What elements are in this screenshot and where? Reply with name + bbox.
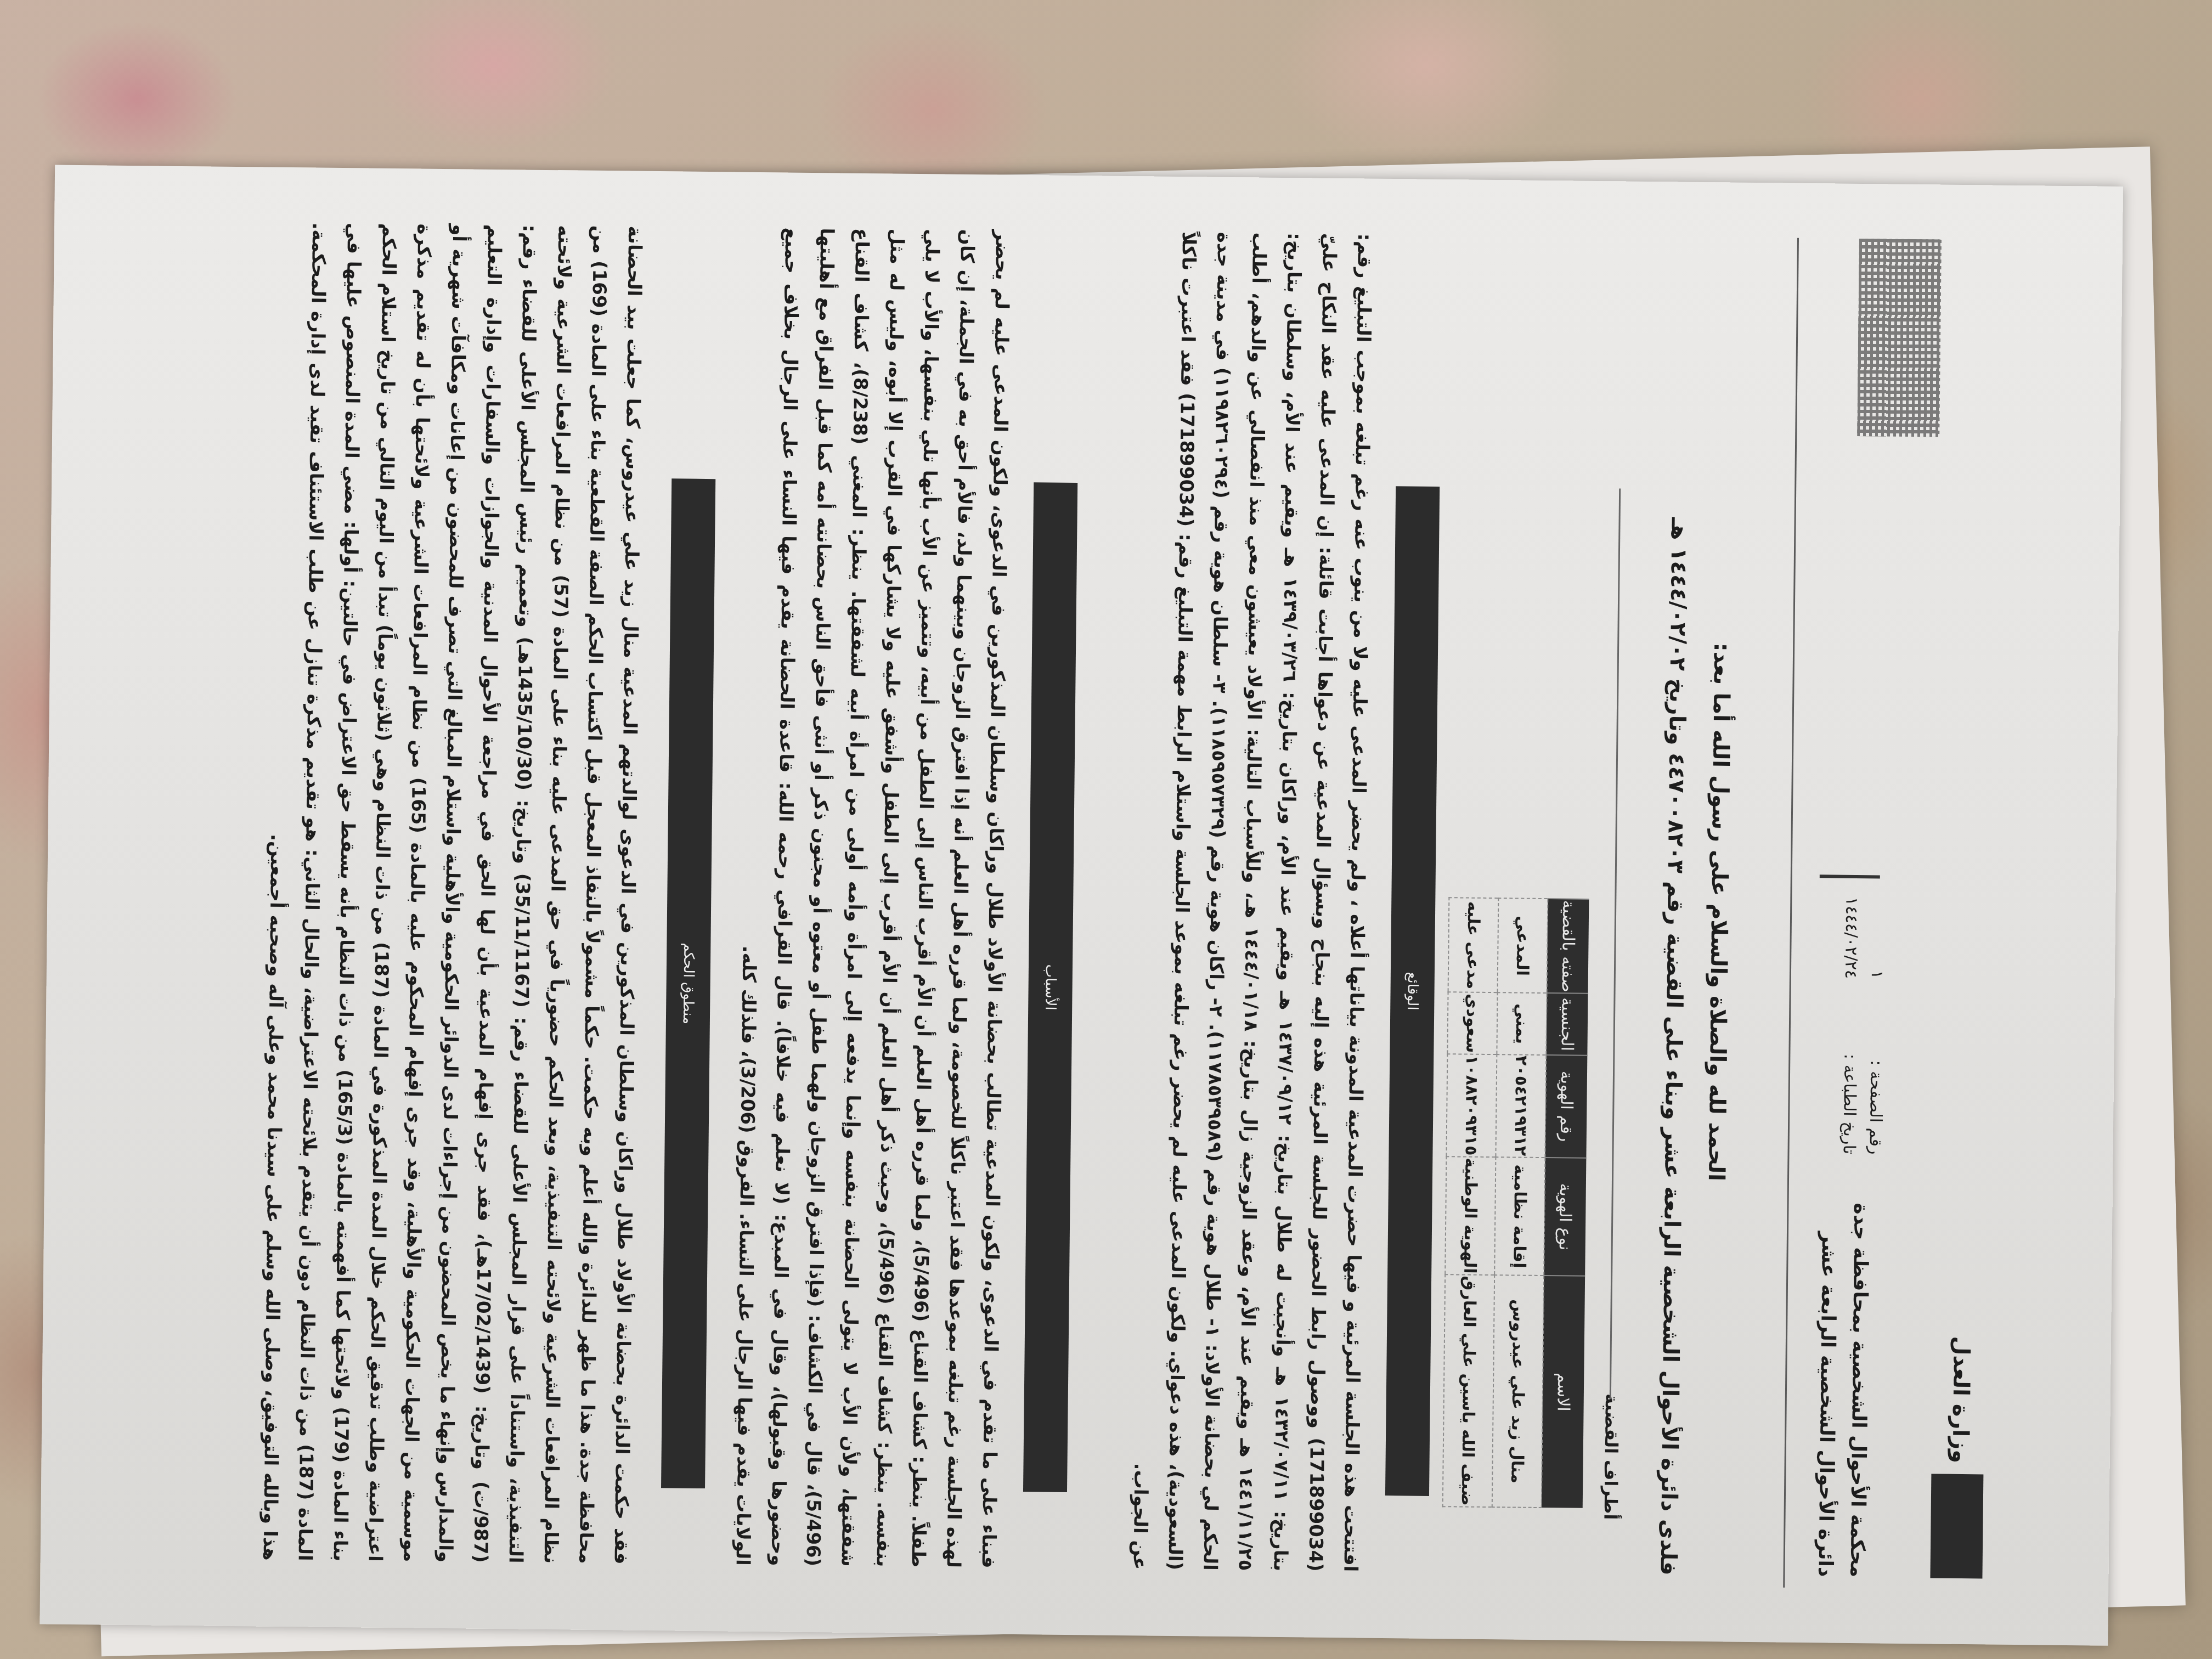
parties-column-header: نوع الهوية — [1544, 1158, 1586, 1276]
page-number-label: رقم الصفحة : — [1861, 1012, 1889, 1154]
meta-divider — [1820, 874, 1880, 878]
table-cell: الهوية الوطنية — [1445, 1156, 1496, 1275]
section-bar-reasons: الأسباب — [1023, 482, 1077, 1492]
table-row: ضيف الله ياسين علي العارقالهوية الوطنية١… — [1443, 898, 1499, 1507]
document-meta: رقم الصفحة : ١ تاريخ الطباعة : ١٤٤٤/٠٢/٢… — [1836, 897, 1891, 1155]
section-bar-verdict: منطوق الحكم — [661, 478, 715, 1488]
verdict-text: فقد حكمت الدائرة بحضانة الأولاد طلال ورا… — [252, 222, 653, 1565]
reasons-text: فبناء على ما تقدم في الدعوى، ولكون المدع… — [725, 227, 1020, 1568]
ministry-name: وزارة العدل — [1948, 1336, 1974, 1463]
document-page: وزارة العدل محكمة الأحوال الشخصية بمحافظ… — [39, 165, 2123, 1646]
table-cell: المدعي — [1498, 898, 1548, 993]
court-name-block: محكمة الأحوال الشخصية بمحافظة جدة دائرة … — [1809, 1203, 1876, 1578]
ministry-logo-icon — [1930, 1474, 1983, 1578]
opening-line: الحمد لله والصلاة والسلام على رسول الله … — [1699, 182, 1739, 1641]
table-cell: ١٠٨٨٢٠٩٣١٥ — [1446, 1054, 1497, 1157]
header-divider — [1783, 238, 1799, 1588]
parties-divider — [1610, 488, 1621, 1399]
table-cell: سعودي — [1447, 992, 1497, 1054]
table-cell: منال زيد علي عيدروس — [1492, 1275, 1544, 1508]
table-cell: مدعى عليه — [1448, 898, 1499, 992]
circuit-name: دائرة الأحوال الشخصية الرابعة عشر — [1809, 1203, 1844, 1577]
parties-column-header: الاسم — [1542, 1276, 1585, 1508]
table-cell: يمني — [1497, 993, 1547, 1055]
court-name: محكمة الأحوال الشخصية بمحافظة جدة — [1841, 1203, 1876, 1577]
table-cell: ضيف الله ياسين علي العارق — [1443, 1274, 1494, 1507]
page-number: ١ — [1864, 970, 1890, 979]
parties-column-header: صفته بالقضية — [1547, 899, 1589, 994]
parties-column-header: الجنسية — [1546, 994, 1588, 1056]
facts-text: افتتحت هذه الجلسة المرئية و فيها حضرت ال… — [1122, 231, 1383, 1572]
parties-column-header: رقم الهوية — [1545, 1055, 1587, 1158]
table-cell: ٢٠٥٤٢١٩٣١٢ — [1496, 1054, 1546, 1158]
parties-table: الاسمنوع الهويةرقم الهويةالجنسيةصفته بال… — [1442, 897, 1589, 1508]
print-date: ١٤٤٤/٠٢/٢٤ — [1837, 897, 1865, 979]
table-cell: إقامة نظامية — [1494, 1157, 1545, 1276]
case-intro: فلدى دائرة الأحوال الشخصية الرابعة عشر و… — [1655, 236, 1695, 1575]
table-row: منال زيد علي عيدروسإقامة نظامية٢٠٥٤٢١٩٣١… — [1492, 898, 1548, 1508]
parties-title: أطراف القضية — [1600, 1393, 1622, 1520]
print-date-label: تاريخ الطباعة : — [1836, 1012, 1864, 1154]
qr-code-icon — [1857, 239, 1942, 437]
section-bar-facts: الوقائع — [1385, 486, 1440, 1496]
